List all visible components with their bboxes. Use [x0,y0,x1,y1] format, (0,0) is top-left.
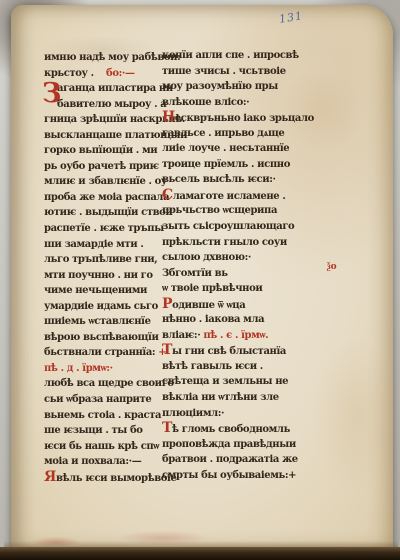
margin-note: ѯо [327,263,337,272]
text-line: Сламаготе исламене . [162,188,298,204]
ink-text: горко вьпїющїи . ми [44,145,157,156]
text-line: Явѣль ѥси выморѣвоіе [44,470,160,486]
text-line: ѡ твоіе прѣвѣчнои [162,281,298,297]
text-line: Тѣ гломь свободномль [162,421,298,437]
text-line: бавителю мыроу . а [44,97,160,113]
ink-text: ше ѥзыци . ты бо [44,425,143,436]
ink-text: влѣкоше влісо:· [162,97,249,108]
text-line: прьчьство ѡсщерипа [162,203,298,219]
rubric-text: Я [44,469,56,485]
text-line: бьствнали страннїа: + [44,345,160,361]
ink-text: ютиѥ . выдыщїи ствои [44,207,172,218]
text-line: сылою дхвною:· [162,250,298,266]
text-line: Несквръньно іако зрьцало [162,110,298,126]
text-line: троице прїемль . испно [162,157,298,173]
ink-text: бавителю мыроу . а [57,99,166,110]
text-line: млиѥ и збавлѥнїе . оу [44,174,160,190]
parchment-stain [311,335,400,495]
ink-text: имню надѣ моу рабѣвои: [44,52,180,63]
text-line: моіа и похвала:·— [44,454,160,470]
rubric-text: бо:·— [94,68,135,79]
text-line: шиіемь ѡставлѥнїе [44,314,160,330]
ink-text: Збгомтїи вь [162,268,228,279]
ink-text: свѣтеща и земльны не [162,376,288,387]
text-line: мти поучнно . ни го [44,268,160,284]
text-line: Родивше ѿ ѡца [162,297,298,313]
photo-background: 131 имню надѣ моу рабѣвои:крьстоу . бо:·… [0,0,400,560]
ink-text: зыть сьісроушлающаго [162,221,294,232]
text-line: проповѣжда правѣдныи [162,437,298,453]
ink-text: ѥси бь нашь крѣ спѡ [44,441,159,452]
ink-text: млиѥ и збавлѥнїе . оу [44,176,167,187]
ink-text: ы гни свѣ блыстанїа [172,346,286,357]
ink-text: аганца ипластира ни [57,83,173,94]
ink-text: бьствнали страннїа: [44,347,155,358]
text-line: ютиѥ . выдыщїи ствои [44,205,160,221]
ink-text: вьсель высѣль ѥси:· [162,174,276,185]
ink-text: тише зчисы . чсьтвоіе [162,66,286,77]
text-line: ши замардіе мти . [44,237,160,253]
ink-text: лиіе лоуче . несьтаннїе [162,143,289,154]
text-line: гница зрѣцшїи наскрьпѣ. [44,112,160,128]
text-line: вьсель высѣль ѥси:· [162,172,298,188]
text-line: ѥси бь нашь крѣ спѡ [44,439,160,455]
ink-text: льго тръпѣливе гни, [44,254,157,265]
ink-text: прьчьство ѡсщерипа [162,205,277,216]
ink-text: рь оубо рачетѣ приѥ [44,161,159,172]
text-line: гавльсе . ипрьво дѧще [162,126,298,142]
ink-text: вьнемь стоіа . краста [44,410,161,421]
rubric-text: Н [162,109,175,125]
ink-text: моіа и похвала:·— [44,456,141,467]
text-line: плюціимл:· [162,406,298,422]
text-line: пѣ . д . їрмѡ:· [44,361,160,377]
text-line: зыть сьісроушлающаго [162,219,298,235]
ink-text: любѣ вса щедре своиго [44,378,174,389]
ink-text: одивше ѿ ѡца [172,300,245,311]
ink-text: братвои . подражатіа же [162,454,298,465]
text-line: вьнемь стоіа . краста [44,408,160,424]
rubric-text: Т [162,420,172,436]
text-line: Збгомтїи вь [162,266,298,282]
text-line: рь оубо рачетѣ приѥ [44,159,160,175]
text-line: нѣнно . іакова мла [162,312,298,328]
text-line: распетїе . ѥже тръпы [44,221,160,237]
text-line: льго тръпѣливе гни, [44,252,160,268]
text-line: лиіе лоуче . несьтаннїе [162,141,298,157]
text-line: моу разоумѣнїю пры [162,79,298,95]
rubric-text: Т [162,342,172,358]
rubric-text: Р [162,296,172,312]
ink-text: гавльсе . ипрьво дѧще [162,128,284,139]
ink-text: крьстоу . [44,68,94,79]
ink-text: чиме нечьщеними [44,285,147,296]
text-line: ше ѥзыци . ты бо [44,423,160,439]
ink-text: смрты бы оубываіемь:+ [162,470,296,481]
ink-text: моу разоумѣнїю пры [162,81,278,92]
text-line: Ты гни свѣ блыстанїа [162,343,298,359]
text-line: вѣрою вьспѣвающїи [44,330,160,346]
text-line: чиме нечьщеними [44,283,160,299]
book-edge [0,547,400,560]
text-line: свѣтеща и земльны не [162,374,298,390]
text-line: вѣкліа ни ѡтлѣни зле [162,390,298,406]
ink-text: ламаготе исламене . [173,191,286,202]
ink-text: вѣрою вьспѣвающїи [44,332,158,343]
ink-text: плюціимл:· [162,408,224,419]
ink-text: вліаѥ:· [162,330,200,341]
text-line: Заганца ипластира ни [44,81,160,97]
text-column-right: копїи апли спе . ипросвѣтише зчисы . чсь… [162,48,298,483]
text-line: выскланцаше платющыи [44,128,160,144]
text-line: любѣ вса щедре своиго [44,376,160,392]
ink-text: сылою дхвною:· [162,252,251,263]
ink-text: распетїе . ѥже тръпы [44,223,164,234]
text-line: умардиіе идамь сьго [44,299,160,315]
rubric-text: С [162,187,173,203]
ink-text: есквръньно іако зрьцало [175,113,314,124]
text-line: тише зчисы . чсьтвоіе [162,64,298,80]
ink-text: ѡ твоіе прѣвѣчнои [162,283,262,294]
text-line: братвои . подражатіа же [162,452,298,468]
text-line: крьстоу . бо:·— [44,66,160,82]
ink-text: умардиіе идамь сьго [44,301,158,312]
text-line: прѣкльсти гныло соуи [162,235,298,251]
text-line: смрты бы оубываіемь:+ [162,468,298,484]
text-line: вліаѥ:· пѣ . є . їрмѡ. [162,328,298,344]
ink-text: шиіемь ѡставлѥнїе [44,316,151,327]
text-column-left: имню надѣ моу рабѣвои:крьстоу . бо:·—Заг… [44,50,160,485]
text-line: копїи апли спе . ипросвѣ [162,48,298,64]
ink-text: проповѣжда правѣдныи [162,439,296,450]
ink-text: прѣкльсти гныло соуи [162,237,287,248]
text-line: влѣкоше влісо:· [162,95,298,111]
ink-text: проба же моіа распала [44,192,169,203]
ink-text: копїи апли спе . ипросвѣ [162,50,299,61]
rubric-text: пѣ . д . їрмѡ:· [44,363,113,374]
text-line: горко вьпїющїи . ми [44,143,160,159]
ink-text: троице прїемль . испно [162,159,290,170]
ink-text: вѣтѣ гавыль ѥси . [162,361,263,372]
ink-text: вѣль ѥси выморѣвоіе [56,473,176,484]
ink-text: сьи ѡбраза наприте [44,394,151,405]
ink-text: ши замардіе мти . [44,239,143,250]
text-line: вѣтѣ гавыль ѥси . [162,359,298,375]
text-line: имню надѣ моу рабѣвои: [44,50,160,66]
ink-text: нѣнно . іакова мла [162,314,264,325]
text-line: сьи ѡбраза наприте [44,392,160,408]
ink-text: мти поучнно . ни го [44,270,153,281]
ink-text: ѣ гломь свободномль [172,424,290,435]
ink-text: вѣкліа ни ѡтлѣни зле [162,392,279,403]
text-line: проба же моіа распала [44,190,160,206]
rubric-text: пѣ . є . їрмѡ. [200,330,268,341]
